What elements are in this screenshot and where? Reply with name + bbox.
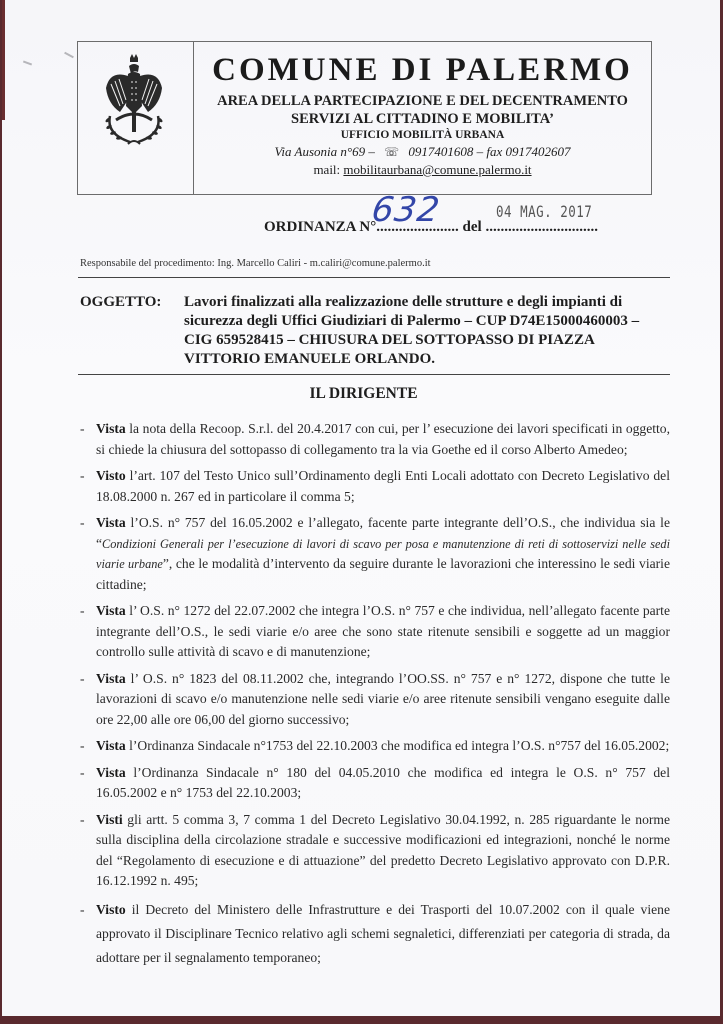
office-name: UFFICIO MOBILITÀ URBANA [194,128,651,143]
list-item: -Vista l’Ordinanza Sindacale n°1753 del … [80,736,670,757]
ordinance-date-field: .............................. [485,219,598,235]
subject-label: OGGETTO: [80,293,184,369]
divider [78,374,670,375]
ordinance-line: ORDINANZA N°...................... del .… [264,219,598,236]
list-item: -Visto l’art. 107 del Testo Unico sull’O… [80,466,670,507]
bullet-dash: - [80,763,85,784]
page-edge [2,0,5,120]
italic-quote: Condizioni Generali per l’esecuzione di … [96,537,670,572]
list-item: -Vista l’ O.S. n° 1823 del 08.11.2002 ch… [80,669,670,731]
ordinance-label: ORDINANZA N° [264,219,376,235]
bullet-dash: - [80,419,85,440]
list-item: -Visti gli artt. 5 comma 3, 7 comma 1 de… [80,810,670,892]
procedure-responsible: Responsabile del procedimento: Ing. Marc… [80,258,431,269]
list-item: -Visto il Decreto del Ministero delle In… [80,898,670,970]
divider [78,277,670,278]
item-lead: Vista [96,515,126,530]
department-area: AREA DELLA PARTECIPAZIONE E DEL DECENTRA… [194,92,651,110]
eagle-coat-of-arms-icon [100,54,168,154]
ordinance-number-field: ...................... [376,219,459,235]
office-address: Via Ausonia n°69 – ☏ 0917401608 – fax 09… [194,143,651,161]
letterhead-box: COMUNE DI PALERMO AREA DELLA PARTECIPAZI… [77,41,652,195]
item-lead: Vista [96,421,126,436]
email-link[interactable]: mobilitaurbana@comune.palermo.it [343,162,531,177]
address-street: Via Ausonia n°69 – [274,144,374,159]
scan-mark [23,61,32,66]
subject-block: OGGETTO: Lavori finalizzati alla realizz… [80,293,670,369]
section-heading: IL DIRIGENTE [2,385,723,403]
item-lead: Vista [96,671,126,686]
subject-text: Lavori finalizzati alla realizzazione de… [184,293,670,369]
phone-fax-numbers: 0917401608 – fax 0917402607 [408,144,570,159]
municipality-title: COMUNE DI PALERMO [194,52,651,88]
list-item: -Vista l’O.S. n° 757 del 16.05.2002 e l’… [80,513,670,595]
scan-mark [64,52,74,58]
list-item: -Vista la nota della Recoop. S.r.l. del … [80,419,670,460]
emblem-cell [78,42,194,194]
bullet-dash: - [80,898,85,922]
bullet-dash: - [80,736,85,757]
department-services: SERVIZI AL CITTADINO E MOBILITA’ [194,110,651,128]
bullet-dash: - [80,601,85,622]
telephone-icon: ☏ [384,145,399,159]
considerations-list: -Vista la nota della Recoop. S.r.l. del … [80,419,670,976]
item-lead: Vista [96,765,126,780]
item-lead: Visto [96,468,126,483]
document-page: COMUNE DI PALERMO AREA DELLA PARTECIPAZI… [2,0,720,1016]
bullet-dash: - [80,466,85,487]
item-lead: Visti [96,812,123,827]
date-label: del [463,219,482,235]
bullet-dash: - [80,513,85,534]
list-item: -Vista l’Ordinanza Sindacale n° 180 del … [80,763,670,804]
item-lead: Visto [96,902,126,917]
list-item: -Vista l’ O.S. n° 1272 del 22.07.2002 ch… [80,601,670,663]
bullet-dash: - [80,669,85,690]
letterhead-text: COMUNE DI PALERMO AREA DELLA PARTECIPAZI… [194,42,651,194]
email-label: mail: [313,162,340,177]
item-lead: Vista [96,603,126,618]
office-email: mail: mobilitaurbana@comune.palermo.it [194,161,651,178]
bullet-dash: - [80,810,85,831]
item-lead: Vista [96,738,126,753]
